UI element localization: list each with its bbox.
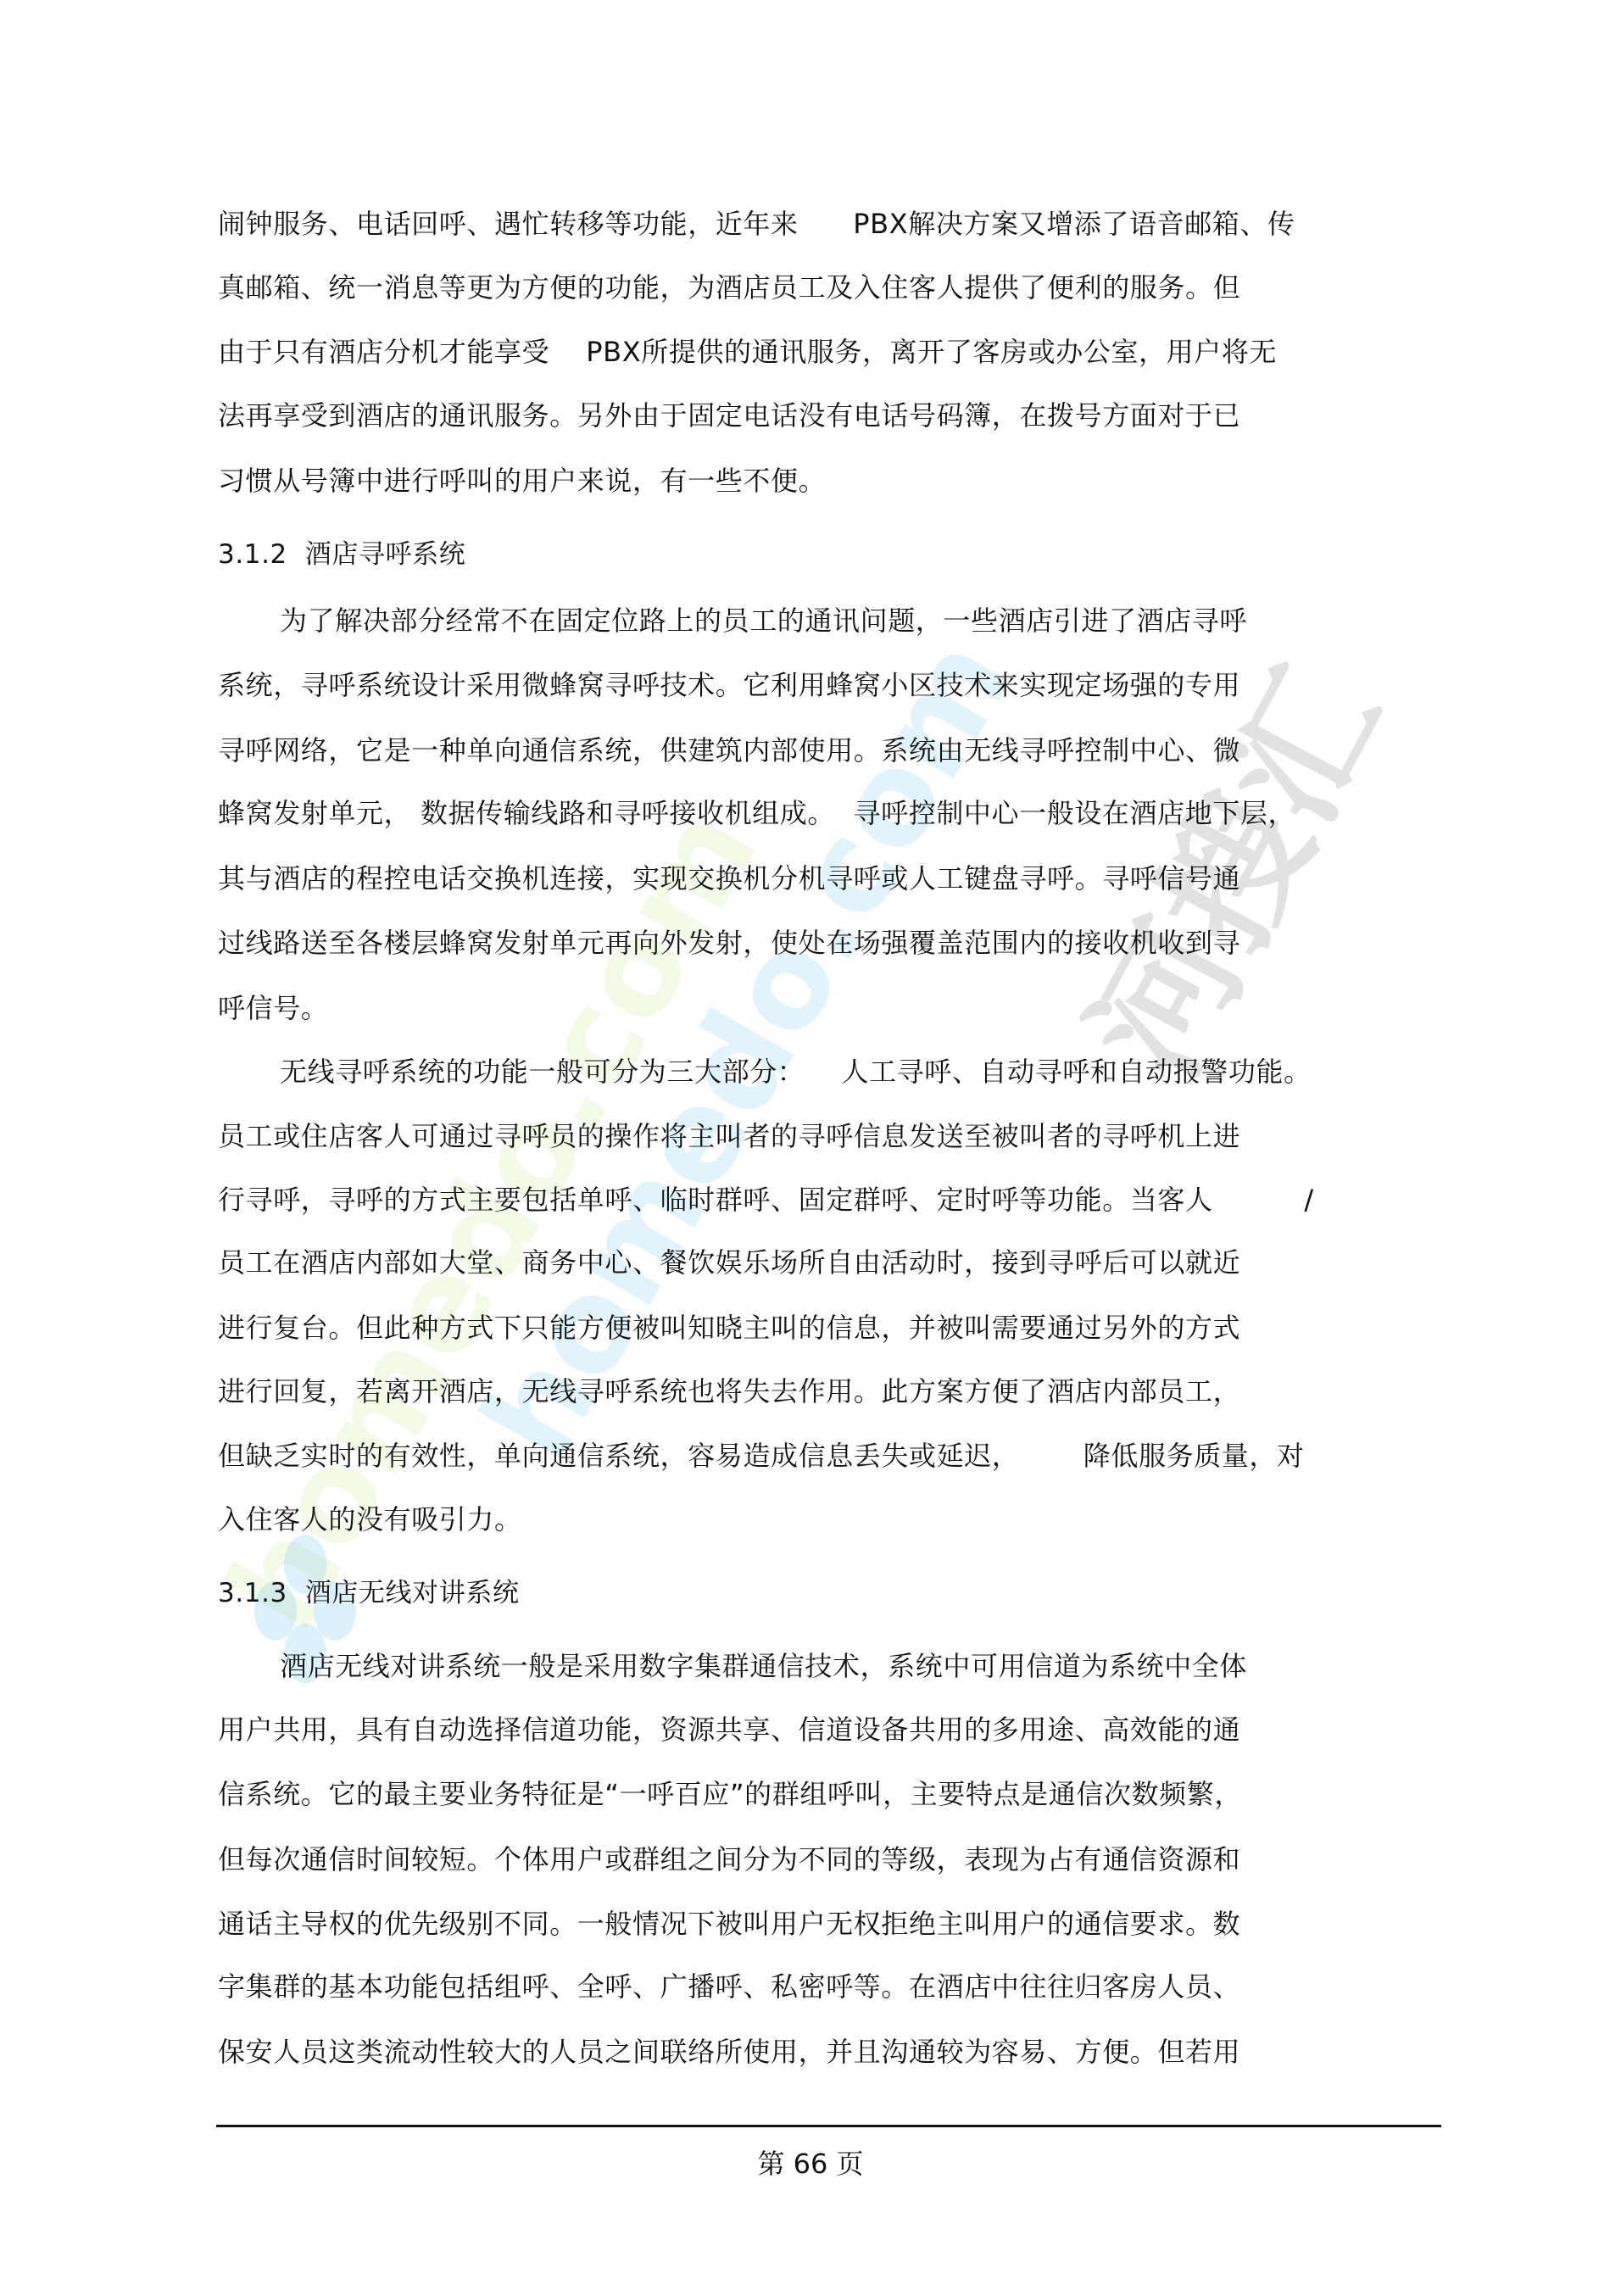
document-page: 河搜汇 homedo.com homedo.com 闹钟服务、电话回呼、遇忙转移… [0, 0, 1621, 2296]
body-line: 其与酒店的程控电话交换机连接，实现交换机分机寻呼或人工键盘寻呼。寻呼信号通 [218, 861, 1240, 895]
body-line: 闹钟服务、电话回呼、遇忙转移等功能，近年来 PBX解决方案又增添了语音邮箱、传 [218, 207, 1295, 241]
footer-divider [216, 2125, 1441, 2127]
body-line: 呼信号。 [218, 991, 328, 1025]
body-line: 系统，寻呼系统设计采用微蜂窝寻呼技术。它利用蜂窝小区技术来实现定场强的专用 [218, 668, 1240, 702]
body-line: 进行回复，若离开酒店，无线寻呼系统也将失去作用。此方案方便了酒店内部员工， [218, 1374, 1240, 1408]
body-line: 通话主导权的优先级别不同。一般情况下被叫用户无权拒绝主叫用户的通信要求。数 [218, 1907, 1240, 1941]
body-line: 但每次通信时间较短。个体用户或群组之间分为不同的等级，表现为占有通信资源和 [218, 1842, 1240, 1876]
body-line: 字集群的基本功能包括组呼、全呼、广播呼、私密呼等。在酒店中往往归客房人员、 [218, 1970, 1240, 2003]
body-line: 用户共用，具有自动选择信道功能，资源共享、信道设备共用的多用途、高效能的通 [218, 1713, 1240, 1747]
section-heading-3-1-2: 3.1.2 酒店寻呼系统 [218, 538, 465, 571]
body-line: 保安人员这类流动性较大的人员之间联络所使用，并且沟通较为容易、方便。但若用 [218, 2035, 1240, 2069]
body-line: 法再享受到酒店的通讯服务。另外由于固定电话没有电话号码簿，在拨号方面对于已 [218, 398, 1240, 432]
section-heading-3-1-3: 3.1.3 酒店无线对讲系统 [218, 1576, 520, 1610]
body-line: 但缺乏实时的有效性，单向通信系统，容易造成信息丢失或延迟， 降低服务质量，对 [218, 1439, 1305, 1473]
body-line: 真邮箱、统一消息等更为方便的功能，为酒店员工及入住客人提供了便利的服务。但 [218, 270, 1240, 304]
body-line: 入住客人的没有吸引力。 [218, 1502, 522, 1536]
body-line: 由于只有酒店分机才能享受 PBX所提供的通讯服务，离开了客房或办公室，用户将无 [218, 335, 1277, 369]
body-line: 员工在酒店内部如大堂、商务中心、餐饮娱乐场所自由活动时，接到寻呼后可以就近 [218, 1246, 1240, 1279]
body-line: 蜂窝发射单元， 数据传输线路和寻呼接收机组成。 寻呼控制中心一般设在酒店地下层， [218, 796, 1295, 830]
body-line: 为了解决部分经常不在固定位路上的员工的通讯问题，一些酒店引进了酒店寻呼 [280, 604, 1247, 638]
body-line: 酒店无线对讲系统一般是采用数字集群通信技术，系统中可用信道为系统中全体 [280, 1649, 1247, 1683]
body-line: 行寻呼，寻呼的方式主要包括单呼、临时群呼、固定群呼、定时呼等功能。当客人 / [218, 1183, 1314, 1217]
body-line: 员工或住店客人可通过寻呼员的操作将主叫者的寻呼信息发送至被叫者的寻呼机上进 [218, 1119, 1240, 1153]
body-line: 无线寻呼系统的功能一般可分为三大部分： 人工寻呼、自动寻呼和自动报警功能。 [280, 1055, 1312, 1089]
body-line: 进行复台。但此种方式下只能方便被叫知晓主叫的信息，并被叫需要通过另外的方式 [218, 1311, 1240, 1345]
body-line: 过线路送至各楼层蜂窝发射单元再向外发射，使处在场强覆盖范围内的接收机收到寻 [218, 926, 1240, 960]
body-line: 寻呼网络，它是一种单向通信系统，供建筑内部使用。系统由无线寻呼控制中心、微 [218, 733, 1240, 767]
body-line: 信系统。它的最主要业务特征是“一呼百应”的群组呼叫，主要特点是通信次数频繁， [218, 1777, 1242, 1811]
body-line: 习惯从号簿中进行呼叫的用户来说，有一些不便。 [218, 464, 826, 498]
page-number: 第 66 页 [0, 2147, 1621, 2181]
